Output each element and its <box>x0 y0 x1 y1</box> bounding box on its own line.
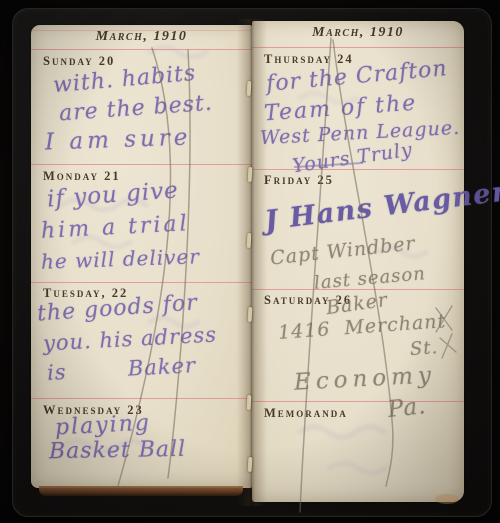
ruled-line <box>31 49 252 50</box>
day-label-sunday-20: Sunday 20 <box>43 54 115 69</box>
ruled-line <box>252 169 464 170</box>
entry-line: he will deliver <box>41 246 200 272</box>
ruled-line <box>252 47 464 48</box>
month-header-left: March, 1910 <box>31 29 252 45</box>
ruled-line <box>31 30 252 31</box>
entry-line: playing <box>54 413 151 440</box>
ruled-line <box>252 401 464 402</box>
entry-line: St. <box>409 339 438 359</box>
entry-line: him a trial <box>41 213 191 243</box>
entry-line: you. his adress <box>43 324 218 354</box>
ruled-line <box>31 164 252 165</box>
entry-line: Economy <box>293 364 436 394</box>
day-label-friday-25: Friday 25 <box>264 173 334 188</box>
entry-line: Pa. <box>387 395 428 422</box>
diary-right-page: March, 1910 Thursday 24 for the Crafton … <box>252 21 464 502</box>
ruled-line <box>31 398 252 399</box>
diary-left-page: March, 1910 Sunday 20 with. habits are t… <box>31 25 252 488</box>
entry-line: are the best. <box>58 93 213 126</box>
ruled-line <box>31 282 252 283</box>
entry-line: is Baker <box>47 355 197 384</box>
month-header-right: March, 1910 <box>252 25 464 41</box>
memoranda-label: Memoranda <box>264 406 348 421</box>
photo-background: March, 1910 Sunday 20 with. habits are t… <box>0 0 500 523</box>
entry-line: if you give <box>46 179 179 211</box>
entry-line: Capt Windber <box>269 234 416 268</box>
entry-line: Basket Ball <box>49 439 186 463</box>
entry-line: I am sure <box>45 126 192 154</box>
page-block-edge <box>39 486 243 496</box>
diary-book: March, 1910 Sunday 20 with. habits are t… <box>12 8 492 517</box>
